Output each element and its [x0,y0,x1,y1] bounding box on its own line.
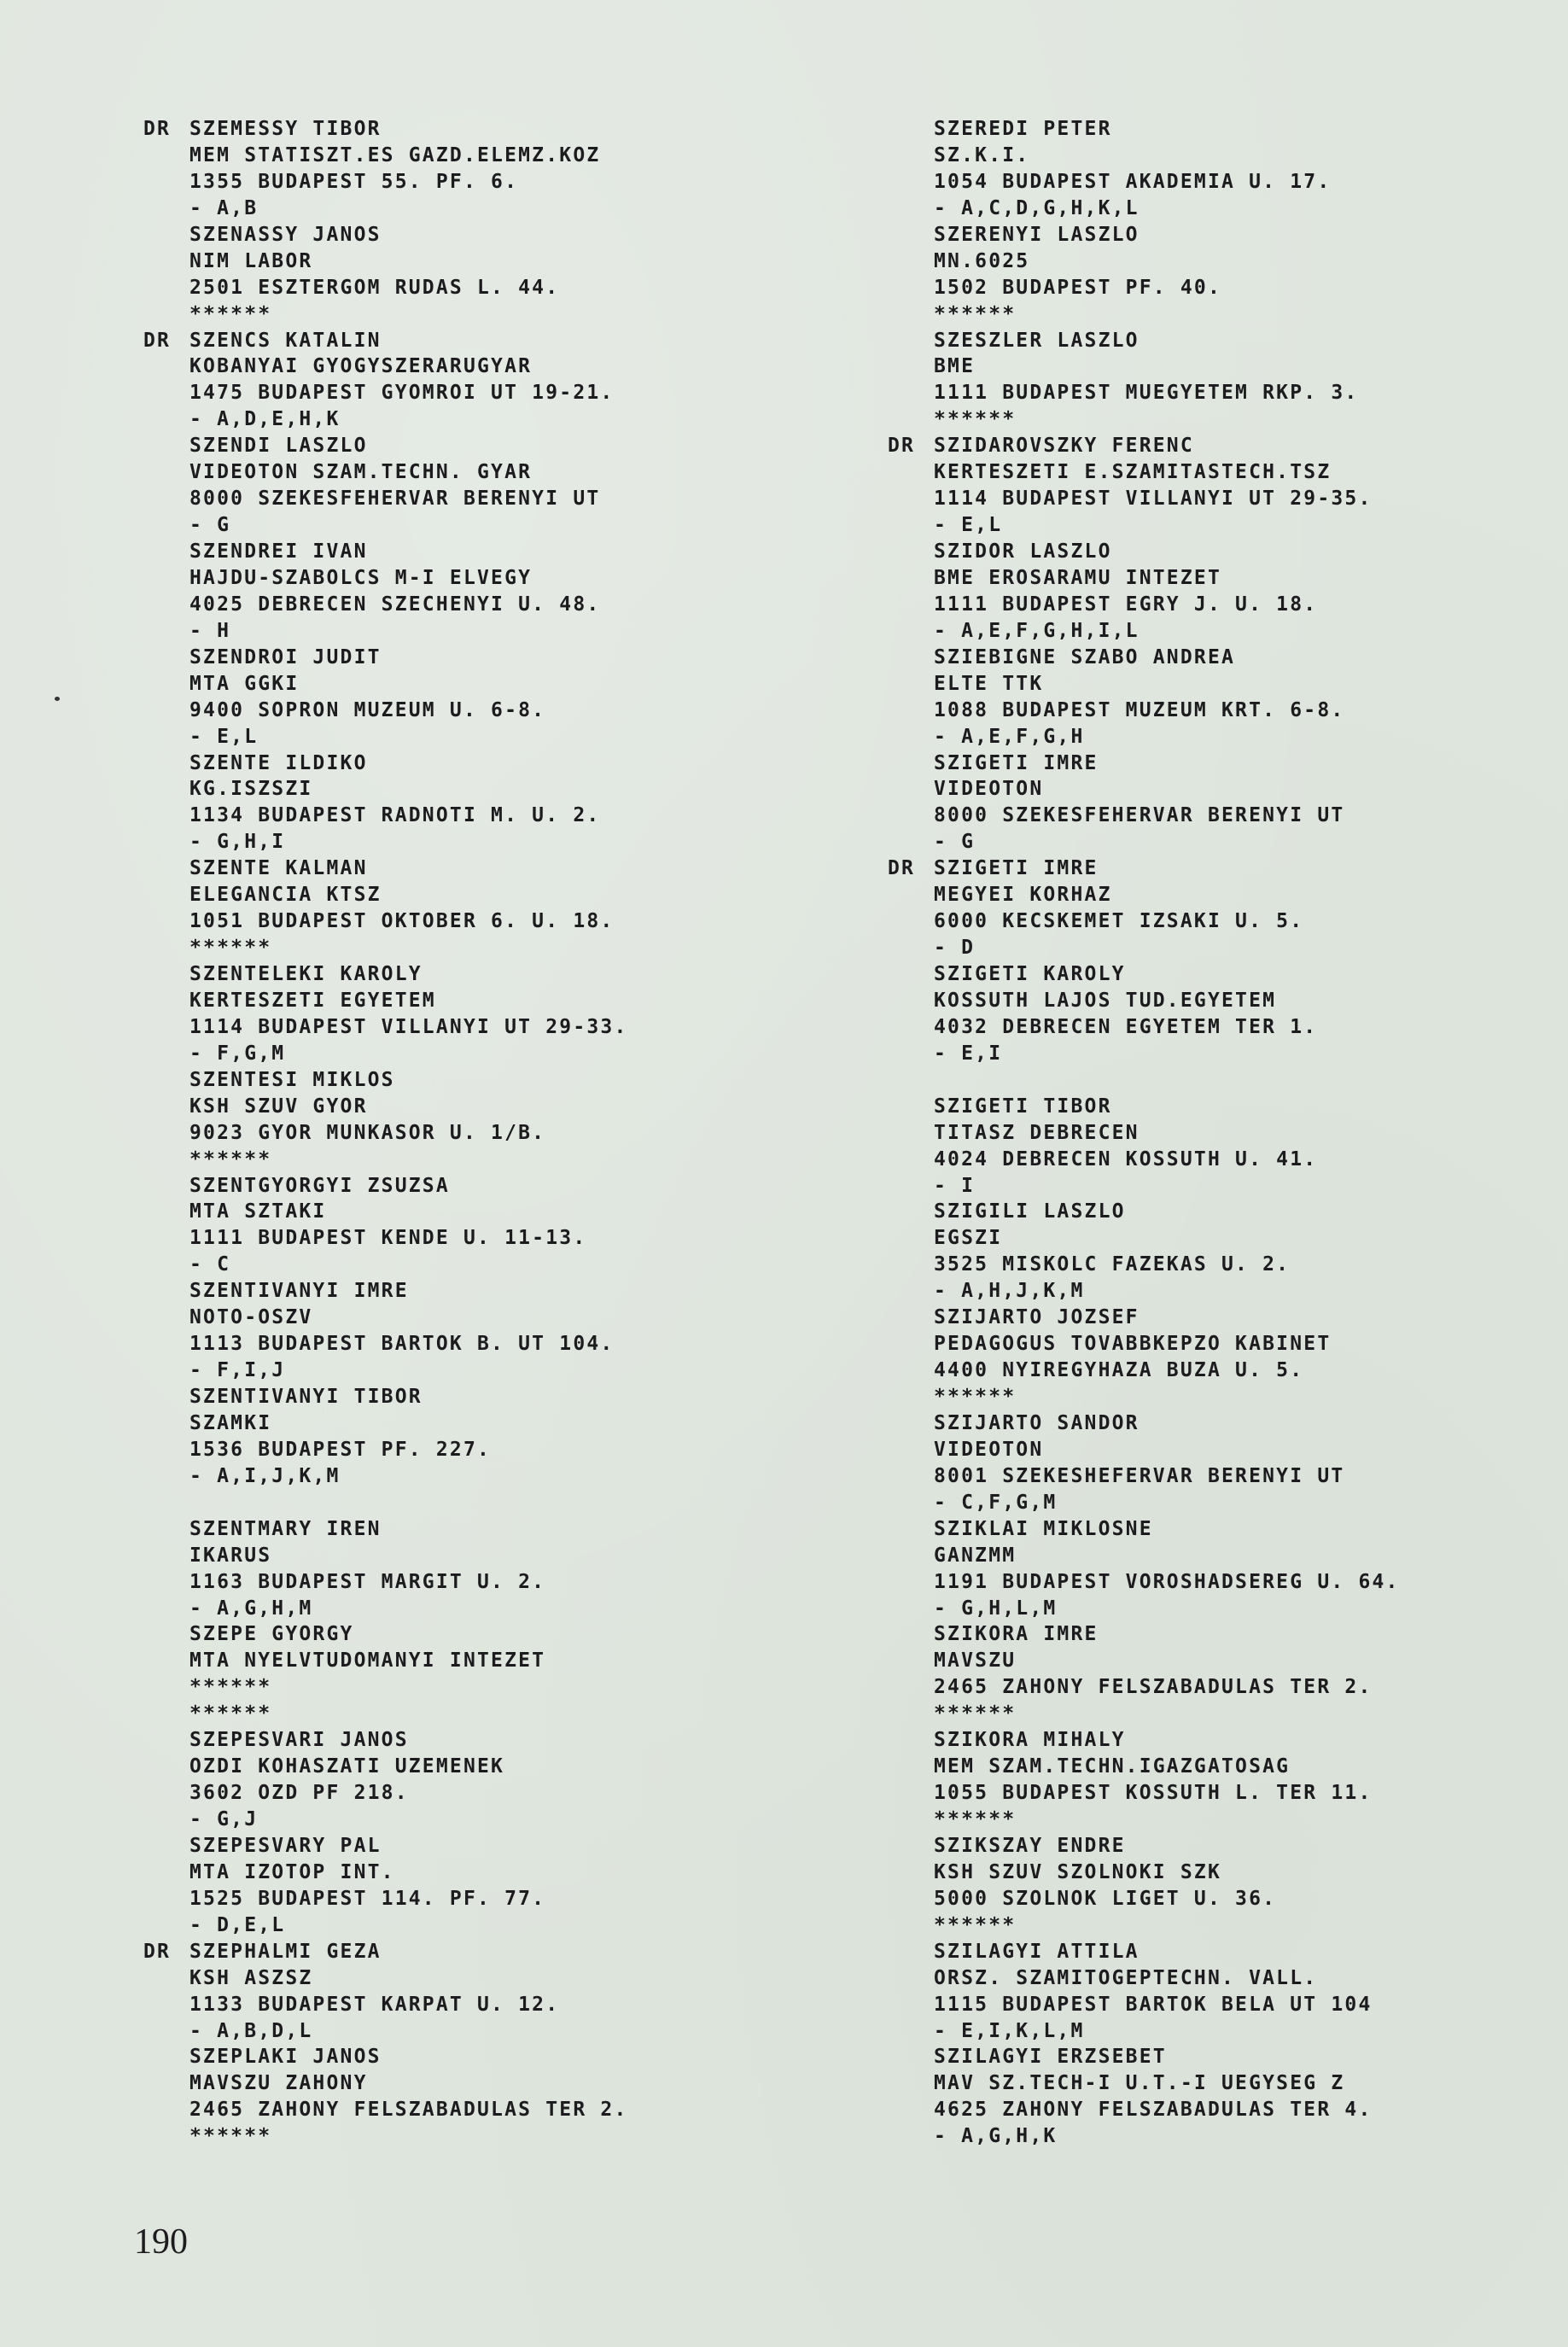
line-text: SZENTMARY IREN [189,1518,382,1540]
directory-line: KSH SZUV GYOR [143,1094,628,1120]
line-text: 1111 BUDAPEST MUEGYETEM RKP. 3. [934,382,1358,404]
title-prefix: DR [888,433,915,459]
ink-speck-icon [55,697,60,701]
line-text: - A,G,H,K [934,2125,1057,2147]
line-text: 8000 SZEKESFEHERVAR BERENYI UT [934,804,1344,826]
line-text: - G,H,I [189,831,285,853]
line-text: SZEPESVARI JANOS [189,1729,409,1751]
directory-line: BME [888,353,1400,380]
line-text: BME EROSARAMU INTEZET [934,567,1221,589]
line-text: SZENDROI JUDIT [189,646,382,668]
directory-line: SZIKORA MIHALY [888,1727,1400,1754]
line-text: MTA NYELVTUDOMANYI INTEZET [189,1649,545,1672]
line-text: ****** [934,303,1016,325]
line-text: MAVSZU ZAHONY [189,2072,368,2094]
directory-line: ELTE TTK [888,671,1400,698]
directory-line: SZEPE GYORGY [143,1621,628,1648]
directory-line: - F,G,M [143,1041,628,1067]
line-text: - G,H,L,M [934,1597,1057,1620]
line-text: SZIGETI IMRE [934,857,1099,879]
line-text: ****** [189,303,271,325]
directory-line: - A,B [143,196,628,222]
line-text: KSH SZUV GYOR [189,1095,368,1118]
line-text: MEGYEI KORHAZ [934,884,1112,906]
directory-line: KOSSUTH LAJOS TUD.EGYETEM [888,988,1400,1014]
line-text: KERTESZETI E.SZAMITASTECH.TSZ [934,461,1331,483]
directory-line: ****** [888,1807,1400,1833]
directory-line: SZEPESVARY PAL [143,1833,628,1860]
line-text: 1525 BUDAPEST 114. PF. 77. [189,1888,545,1910]
line-text: - C [189,1253,230,1276]
line-text: VIDEOTON [934,1439,1043,1461]
line-text: SZIDAROVSZKY FERENC [934,435,1194,457]
directory-line: SZENTELEKI KAROLY [143,961,628,988]
title-prefix: DR [143,328,171,354]
line-text: 1054 BUDAPEST AKADEMIA U. 17. [934,171,1331,193]
directory-line: 2465 ZAHONY FELSZABADULAS TER 2. [888,1674,1400,1701]
line-text: 3525 MISKOLC FAZEKAS U. 2. [934,1253,1290,1276]
line-text: 1111 BUDAPEST EGRY J. U. 18. [934,593,1317,616]
directory-line: 4024 DEBRECEN KOSSUTH U. 41. [888,1147,1400,1173]
line-text: - F,G,M [189,1042,285,1065]
directory-line: - E,I [888,1041,1400,1067]
line-text: - D,E,L [189,1914,285,1936]
directory-line: 5000 SZOLNOK LIGET U. 36. [888,1886,1400,1912]
directory-line: 1055 BUDAPEST KOSSUTH L. TER 11. [888,1780,1400,1807]
directory-line: 1114 BUDAPEST VILLANYI UT 29-35. [888,486,1400,512]
line-text: SZEPESVARY PAL [189,1835,382,1857]
line-text: 1191 BUDAPEST VOROSHADSEREG U. 64. [934,1571,1400,1593]
line-text: 4625 ZAHONY FELSZABADULAS TER 4. [934,2099,1373,2121]
directory-line: ****** [888,1384,1400,1410]
page-number: 190 [134,2221,188,2262]
line-text: - D [934,937,975,959]
line-text: ****** [934,1386,1016,1408]
line-text: ****** [934,1914,1016,1936]
title-prefix: DR [143,1939,171,1965]
line-text: SZIGETI IMRE [934,752,1099,774]
directory-line: 1111 BUDAPEST KENDE U. 11-13. [143,1225,628,1252]
directory-line: 1133 BUDAPEST KARPAT U. 12. [143,1992,628,2018]
line-text: MAVSZU [934,1649,1016,1672]
directory-line: - F,I,J [143,1357,628,1384]
line-text: VIDEOTON [934,778,1043,800]
directory-line: SZENTE ILDIKO [143,750,628,777]
directory-line: MEM STATISZT.ES GAZD.ELEMZ.KOZ [143,143,628,169]
line-text: - I [934,1175,975,1197]
line-text: SZIKLAI MIKLOSNE [934,1518,1153,1540]
directory-line: - G,H,L,M [888,1596,1400,1622]
directory-line: ****** [143,1674,628,1701]
right-column: SZEREDI PETERSZ.K.I.1054 BUDAPEST AKADEM… [888,116,1400,2150]
directory-line: - E,L [143,724,628,750]
directory-line: 1163 BUDAPEST MARGIT U. 2. [143,1569,628,1596]
line-text: SZENTE KALMAN [189,857,368,879]
directory-line: 1111 BUDAPEST EGRY J. U. 18. [888,592,1400,618]
line-text: - E,L [189,726,258,748]
line-text: SZILAGYI ERZSEBET [934,2046,1167,2068]
line-text: SZEMESSY TIBOR [189,118,382,140]
directory-line: DRSZEPHALMI GEZA [143,1939,628,1965]
directory-line: 1525 BUDAPEST 114. PF. 77. [143,1886,628,1912]
directory-line: - C,F,G,M [888,1490,1400,1516]
directory-line: 1051 BUDAPEST OKTOBER 6. U. 18. [143,908,628,935]
line-text: 1133 BUDAPEST KARPAT U. 12. [189,1994,559,2016]
directory-line: DRSZIDAROVSZKY FERENC [888,433,1400,459]
line-text: SZENTIVANYI IMRE [189,1280,409,1302]
line-text: 2465 ZAHONY FELSZABADULAS TER 2. [934,1676,1373,1698]
directory-line: 1502 BUDAPEST PF. 40. [888,275,1400,301]
line-text: SZENDI LASZLO [189,435,368,457]
line-text: ELTE TTK [934,673,1043,695]
line-text: - E,L [934,514,1002,536]
line-text: 1113 BUDAPEST BARTOK B. UT 104. [189,1333,614,1355]
directory-line: 1111 BUDAPEST MUEGYETEM RKP. 3. [888,380,1400,406]
line-text: KERTESZETI EGYETEM [189,990,436,1012]
line-text: ****** [934,408,1016,430]
directory-line: SZENASSY JANOS [143,222,628,248]
directory-line: ****** [888,1912,1400,1939]
line-text: SZIJARTO JOZSEF [934,1306,1140,1328]
directory-line: 1114 BUDAPEST VILLANYI UT 29-33. [143,1014,628,1041]
line-text: SZIGETI KAROLY [934,963,1126,985]
line-text: 4032 DEBRECEN EGYETEM TER 1. [934,1016,1317,1038]
line-text: SZAMKI [189,1412,271,1434]
directory-line: - G [143,512,628,539]
directory-line: DRSZEMESSY TIBOR [143,116,628,143]
line-text: ****** [189,2125,271,2147]
line-text: SZENTE ILDIKO [189,752,368,774]
line-text: SZENASSY JANOS [189,224,382,246]
directory-line: 1536 BUDAPEST PF. 227. [143,1437,628,1463]
directory-line: MAVSZU ZAHONY [143,2070,628,2097]
directory-line: ORSZ. SZAMITOGEPTECHN. VALL. [888,1965,1400,1992]
directory-line: 6000 KECSKEMET IZSAKI U. 5. [888,908,1400,935]
directory-line: 2501 ESZTERGOM RUDAS L. 44. [143,275,628,301]
directory-line: NOTO-OSZV [143,1305,628,1331]
directory-line: - A,G,H,K [888,2123,1400,2150]
directory-line [143,1490,628,1516]
line-text: VIDEOTON SZAM.TECHN. GYAR [189,461,532,483]
line-text: 1055 BUDAPEST KOSSUTH L. TER 11. [934,1782,1373,1804]
directory-line: SZERENYI LASZLO [888,222,1400,248]
line-text: NIM LABOR [189,250,312,272]
line-text: - G,J [189,1808,258,1830]
line-text: 4400 NYIREGYHAZA BUZA U. 5. [934,1359,1303,1381]
line-text: 9400 SOPRON MUZEUM U. 6-8. [189,699,545,721]
directory-line: - A,H,J,K,M [888,1278,1400,1305]
title-prefix: DR [888,855,915,882]
directory-line: SZEREDI PETER [888,116,1400,143]
line-text: 1114 BUDAPEST VILLANYI UT 29-33. [189,1016,628,1038]
directory-line: 1115 BUDAPEST BARTOK BELA UT 104 [888,1992,1400,2018]
directory-line: SZENTMARY IREN [143,1516,628,1543]
line-text: 9023 GYOR MUNKASOR U. 1/B. [189,1122,545,1144]
directory-line: SZIGILI LASZLO [888,1199,1400,1225]
line-text: MTA SZTAKI [189,1200,326,1223]
line-text: KSH SZUV SZOLNOKI SZK [934,1861,1221,1883]
line-text: SZEPE GYORGY [189,1623,354,1645]
directory-line: ****** [888,1701,1400,1727]
directory-line: 1191 BUDAPEST VOROSHADSEREG U. 64. [888,1569,1400,1596]
line-text: - E,I,K,L,M [934,2020,1085,2042]
directory-line: 4032 DEBRECEN EGYETEM TER 1. [888,1014,1400,1041]
directory-line: SZENTGYORGYI ZSUZSA [143,1173,628,1200]
line-text: MTA GGKI [189,673,299,695]
title-prefix: DR [143,116,171,143]
directory-line: ****** [143,935,628,961]
directory-line: - G,J [143,1807,628,1833]
directory-line: MTA GGKI [143,671,628,698]
directory-line: MTA SZTAKI [143,1199,628,1225]
line-text: 8000 SZEKESFEHERVAR BERENYI UT [189,487,600,510]
line-text: BME [934,355,975,377]
line-text: - G [189,514,230,536]
line-text: SZIGILI LASZLO [934,1200,1126,1223]
directory-line: SZAMKI [143,1410,628,1437]
directory-line: 2465 ZAHONY FELSZABADULAS TER 2. [143,2097,628,2123]
line-text: MEM SZAM.TECHN.IGAZGATOSAG [934,1755,1290,1778]
directory-line: MEM SZAM.TECHN.IGAZGATOSAG [888,1754,1400,1780]
directory-line: - A,G,H,M [143,1596,628,1622]
line-text: - A,B [189,197,258,219]
directory-line: NIM LABOR [143,248,628,275]
directory-line: SZENTIVANYI TIBOR [143,1384,628,1410]
directory-line: SZILAGYI ATTILA [888,1939,1400,1965]
line-text: ****** [189,1148,271,1171]
line-text: - A,E,F,G,H [934,726,1085,748]
line-text: - E,I [934,1042,1002,1065]
directory-line: HAJDU-SZABOLCS M-I ELVEGY [143,565,628,592]
directory-line: - E,L [888,512,1400,539]
line-text: KOSSUTH LAJOS TUD.EGYETEM [934,990,1276,1012]
directory-line: 3525 MISKOLC FAZEKAS U. 2. [888,1252,1400,1278]
directory-line: 4625 ZAHONY FELSZABADULAS TER 4. [888,2097,1400,2123]
line-text: 1536 BUDAPEST PF. 227. [189,1439,491,1461]
line-text: ****** [934,1808,1016,1830]
directory-line: 1113 BUDAPEST BARTOK B. UT 104. [143,1331,628,1357]
line-text: SZENTIVANYI TIBOR [189,1386,423,1408]
directory-line: VIDEOTON [888,776,1400,803]
directory-line: 8001 SZEKESHEFERVAR BERENYI UT [888,1463,1400,1490]
line-text: ELEGANCIA KTSZ [189,884,382,906]
line-text: 2465 ZAHONY FELSZABADULAS TER 2. [189,2099,628,2121]
directory-line: SZENDREI IVAN [143,539,628,565]
directory-line: ELEGANCIA KTSZ [143,882,628,908]
line-text: ****** [189,1702,271,1725]
directory-line: TITASZ DEBRECEN [888,1120,1400,1147]
line-text: - A,G,H,M [189,1597,312,1620]
line-text: ****** [189,937,271,959]
line-text: MN.6025 [934,250,1029,272]
directory-line: SZENTE KALMAN [143,855,628,882]
line-text: - A,C,D,G,H,K,L [934,197,1140,219]
line-text: SZENTESI MIKLOS [189,1069,395,1091]
directory-line: KERTESZETI E.SZAMITASTECH.TSZ [888,459,1400,486]
directory-line: - A,D,E,H,K [143,406,628,433]
line-text: SZIDOR LASZLO [934,540,1112,563]
line-text: - F,I,J [189,1359,285,1381]
line-text: 3602 OZD PF 218. [189,1782,409,1804]
directory-line: - A,C,D,G,H,K,L [888,196,1400,222]
line-text: SZENDREI IVAN [189,540,368,563]
directory-line: - G [888,829,1400,855]
line-text: SZIEBIGNE SZABO ANDREA [934,646,1235,668]
directory-line: 1475 BUDAPEST GYOMROI UT 19-21. [143,380,628,406]
directory-line: GANZMM [888,1543,1400,1569]
directory-line: VIDEOTON [888,1437,1400,1463]
directory-line: ****** [143,301,628,328]
line-text: - A,I,J,K,M [189,1465,341,1487]
line-text: SZENTGYORGYI ZSUZSA [189,1175,450,1197]
directory-line: 3602 OZD PF 218. [143,1780,628,1807]
directory-line: VIDEOTON SZAM.TECHN. GYAR [143,459,628,486]
directory-line: - A,B,D,L [143,2018,628,2045]
line-text: ****** [934,1702,1016,1725]
line-text: MAV SZ.TECH-I U.T.-I UEGYSEG Z [934,2072,1344,2094]
line-text: NOTO-OSZV [189,1306,312,1328]
directory-line: 9023 GYOR MUNKASOR U. 1/B. [143,1120,628,1147]
line-text: 1115 BUDAPEST BARTOK BELA UT 104 [934,1994,1373,2016]
directory-line: - G,H,I [143,829,628,855]
directory-line: 1088 BUDAPEST MUZEUM KRT. 6-8. [888,698,1400,724]
line-text: GANZMM [934,1544,1016,1567]
directory-line: ****** [888,406,1400,433]
directory-line: SZENDROI JUDIT [143,645,628,671]
directory-line: SZILAGYI ERZSEBET [888,2044,1400,2070]
line-text: SZENCS KATALIN [189,330,382,352]
directory-line: BME EROSARAMU INTEZET [888,565,1400,592]
directory-line: SZESZLER LASZLO [888,328,1400,354]
directory-line: KSH ASZSZ [143,1965,628,1992]
line-text: 6000 KECSKEMET IZSAKI U. 5. [934,910,1303,932]
directory-line: 4025 DEBRECEN SZECHENYI U. 48. [143,592,628,618]
directory-line: MTA IZOTOP INT. [143,1860,628,1886]
directory-line: ****** [143,1147,628,1173]
directory-line: 8000 SZEKESFEHERVAR BERENYI UT [143,486,628,512]
directory-line: - D,E,L [143,1912,628,1939]
directory-line: SZEPESVARI JANOS [143,1727,628,1754]
line-text: KSH ASZSZ [189,1967,312,1989]
directory-line: ****** [143,2123,628,2150]
line-text: KG.ISZSZI [189,778,312,800]
directory-line: MN.6025 [888,248,1400,275]
line-text: SZIGETI TIBOR [934,1095,1112,1118]
line-text: - A,H,J,K,M [934,1280,1085,1302]
directory-line: DRSZENCS KATALIN [143,328,628,354]
directory-line: 1355 BUDAPEST 55. PF. 6. [143,169,628,196]
directory-line: SZENTESI MIKLOS [143,1067,628,1094]
directory-line: SZIKLAI MIKLOSNE [888,1516,1400,1543]
line-text: - H [189,620,230,642]
line-text: SZENTELEKI KAROLY [189,963,423,985]
line-text: HAJDU-SZABOLCS M-I ELVEGY [189,567,532,589]
directory-line: SZ.K.I. [888,143,1400,169]
line-text: 1051 BUDAPEST OKTOBER 6. U. 18. [189,910,614,932]
line-text: 8001 SZEKESHEFERVAR BERENYI UT [934,1465,1344,1487]
directory-line: 8000 SZEKESFEHERVAR BERENYI UT [888,803,1400,829]
line-text: SZEPHALMI GEZA [189,1941,382,1963]
directory-line: - C [143,1252,628,1278]
directory-line: SZIJARTO SANDOR [888,1410,1400,1437]
directory-line: KSH SZUV SZOLNOKI SZK [888,1860,1400,1886]
line-text: 1502 BUDAPEST PF. 40. [934,277,1221,299]
line-text: - A,D,E,H,K [189,408,341,430]
directory-line: SZIKSZAY ENDRE [888,1833,1400,1860]
left-column: DRSZEMESSY TIBORMEM STATISZT.ES GAZD.ELE… [143,116,628,2150]
directory-line: - A,E,F,G,H,I,L [888,618,1400,645]
directory-line: ****** [888,301,1400,328]
line-text: SZIJARTO SANDOR [934,1412,1140,1434]
directory-line: PEDAGOGUS TOVABBKEPZO KABINET [888,1331,1400,1357]
directory-line: 1054 BUDAPEST AKADEMIA U. 17. [888,169,1400,196]
directory-line: 9400 SOPRON MUZEUM U. 6-8. [143,698,628,724]
directory-line: SZIJARTO JOZSEF [888,1305,1400,1331]
directory-line: MAVSZU [888,1648,1400,1674]
line-text: SZESZLER LASZLO [934,330,1140,352]
line-text: KOBANYAI GYOGYSZERARUGYAR [189,355,532,377]
line-text: - A,B,D,L [189,2020,312,2042]
directory-line: - D [888,935,1400,961]
line-text: - C,F,G,M [934,1492,1057,1514]
directory-line: SZIGETI KAROLY [888,961,1400,988]
directory-line: OZDI KOHASZATI UZEMENEK [143,1754,628,1780]
line-text: ****** [189,1676,271,1698]
line-text: EGSZI [934,1227,1002,1249]
directory-line [888,1067,1400,1094]
directory-line: MTA NYELVTUDOMANYI INTEZET [143,1648,628,1674]
directory-line: SZIGETI IMRE [888,750,1400,777]
directory-line: KOBANYAI GYOGYSZERARUGYAR [143,353,628,380]
line-text: 1355 BUDAPEST 55. PF. 6. [189,171,518,193]
line-text: PEDAGOGUS TOVABBKEPZO KABINET [934,1333,1331,1355]
directory-line: - E,I,K,L,M [888,2018,1400,2045]
line-text: - A,E,F,G,H,I,L [934,620,1140,642]
line-text: ORSZ. SZAMITOGEPTECHN. VALL. [934,1967,1317,1989]
line-text: 1114 BUDAPEST VILLANYI UT 29-35. [934,487,1373,510]
line-text: SZIKORA IMRE [934,1623,1099,1645]
line-text: 1475 BUDAPEST GYOMROI UT 19-21. [189,382,614,404]
directory-line: KG.ISZSZI [143,776,628,803]
line-text: SZIKSZAY ENDRE [934,1835,1126,1857]
directory-line: SZIEBIGNE SZABO ANDREA [888,645,1400,671]
line-text: 1134 BUDAPEST RADNOTI M. U. 2. [189,804,600,826]
directory-line: SZIKORA IMRE [888,1621,1400,1648]
line-text: SZERENYI LASZLO [934,224,1140,246]
directory-line: SZEPLAKI JANOS [143,2044,628,2070]
directory-line: DRSZIGETI IMRE [888,855,1400,882]
directory-line: - H [143,618,628,645]
directory-line: SZIGETI TIBOR [888,1094,1400,1120]
directory-line: - I [888,1173,1400,1200]
line-text: SZ.K.I. [934,144,1029,166]
line-text: SZILAGYI ATTILA [934,1941,1140,1963]
line-text: MTA IZOTOP INT. [189,1861,395,1883]
directory-line: SZENDI LASZLO [143,433,628,459]
directory-line: ****** [143,1701,628,1727]
directory-line: SZIDOR LASZLO [888,539,1400,565]
line-text: 1163 BUDAPEST MARGIT U. 2. [189,1571,545,1593]
directory-line: KERTESZETI EGYETEM [143,988,628,1014]
line-text: 5000 SZOLNOK LIGET U. 36. [934,1888,1276,1910]
line-text: IKARUS [189,1544,271,1567]
line-text: 1088 BUDAPEST MUZEUM KRT. 6-8. [934,699,1344,721]
line-text: 4024 DEBRECEN KOSSUTH U. 41. [934,1148,1317,1171]
line-text: MEM STATISZT.ES GAZD.ELEMZ.KOZ [189,144,600,166]
directory-line: SZENTIVANYI IMRE [143,1278,628,1305]
line-text: 2501 ESZTERGOM RUDAS L. 44. [189,277,559,299]
line-text: SZEPLAKI JANOS [189,2046,382,2068]
